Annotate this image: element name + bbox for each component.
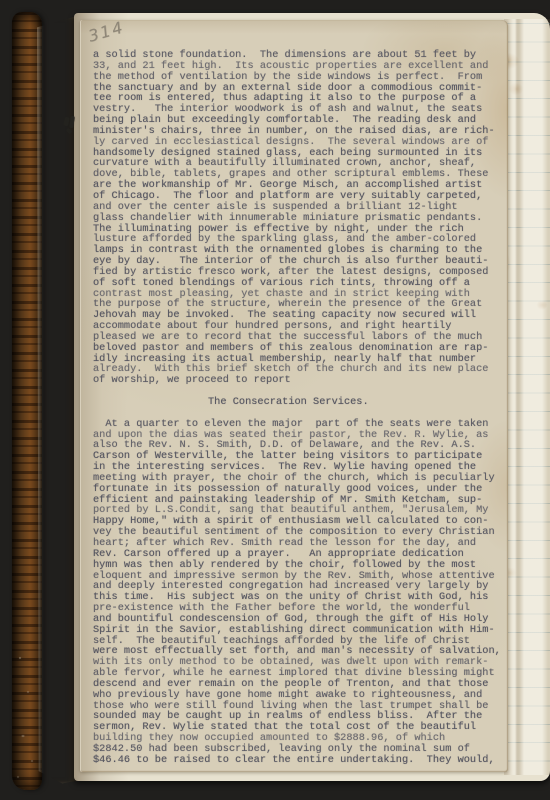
typed-line: who previously have gone home might awak… [93, 690, 507, 701]
typed-line: glass chandelier with innumerable miniat… [93, 213, 507, 224]
typed-line: of worship, we proceed to report [93, 375, 507, 386]
spine-wear-speckles [12, 640, 42, 790]
typed-line: also the Rev. N. S. Smith, D.D. of Delaw… [93, 440, 507, 451]
paragraph-church-description: a solid stone foundation. The dimensions… [93, 50, 507, 386]
typed-line: of soft toned blendings of various rich … [93, 278, 507, 289]
typed-line: fied by artistic fresco work, after the … [93, 267, 507, 278]
typed-line: lusture afforded by the sparkling glass,… [93, 234, 507, 245]
section-heading: The Consecration Services. [208, 397, 507, 408]
ruled-lines-strip [504, 19, 550, 775]
typed-line: the purpose of the structure, wherein th… [93, 299, 507, 310]
typed-line: self. The beautiful teachings afforded b… [93, 636, 507, 647]
typed-line: Spirit in the Savior, establishing direc… [93, 625, 507, 636]
typed-line: ported by L.S.Condit, sang that beautifu… [93, 505, 507, 516]
typed-line: pre-existence with the Father before the… [93, 603, 507, 614]
typed-line: and deeply interested congregation had i… [93, 581, 507, 592]
paragraph-consecration-services: At a quarter to eleven the major part of… [93, 419, 507, 766]
page-edge-stack [37, 15, 79, 785]
typed-line: ly carved in ecclesiastical designs. The… [93, 137, 507, 148]
typed-line: At a quarter to eleven the major part of… [93, 419, 507, 430]
typed-line: heart; after which Rev. Smith read the l… [93, 538, 507, 549]
typed-line: dove, bible, tablets, grapes and other s… [93, 169, 507, 180]
typed-line: those who were still found living when t… [93, 701, 507, 712]
typed-line: meeting with prayer, the choir of the ch… [93, 473, 507, 484]
scanned-book-photo: { "page": { "handwritten_page_number": "… [0, 0, 550, 800]
typed-line: $46.46 to be raised to clear the entire … [93, 755, 507, 766]
typed-sheet: a solid stone foundation. The dimensions… [80, 20, 508, 772]
typed-line: $2842.50 had been subscribed, leaving on… [93, 744, 507, 755]
typed-text: a solid stone foundation. The dimensions… [93, 50, 507, 766]
typed-line: fortunate in its possession of naturally… [93, 484, 507, 495]
typed-line: vestry. The interior woodwork is of ash … [93, 104, 507, 115]
typed-line: hymn was then ably rendered by the choir… [93, 560, 507, 571]
typed-line: pleased we are to record that the succes… [93, 332, 507, 343]
typed-line: the method of ventilation by the side wi… [93, 72, 507, 83]
typed-line: able fervor, while he earnest implored t… [93, 668, 507, 679]
typed-line: beloved pastor and members of this zealo… [93, 343, 507, 354]
